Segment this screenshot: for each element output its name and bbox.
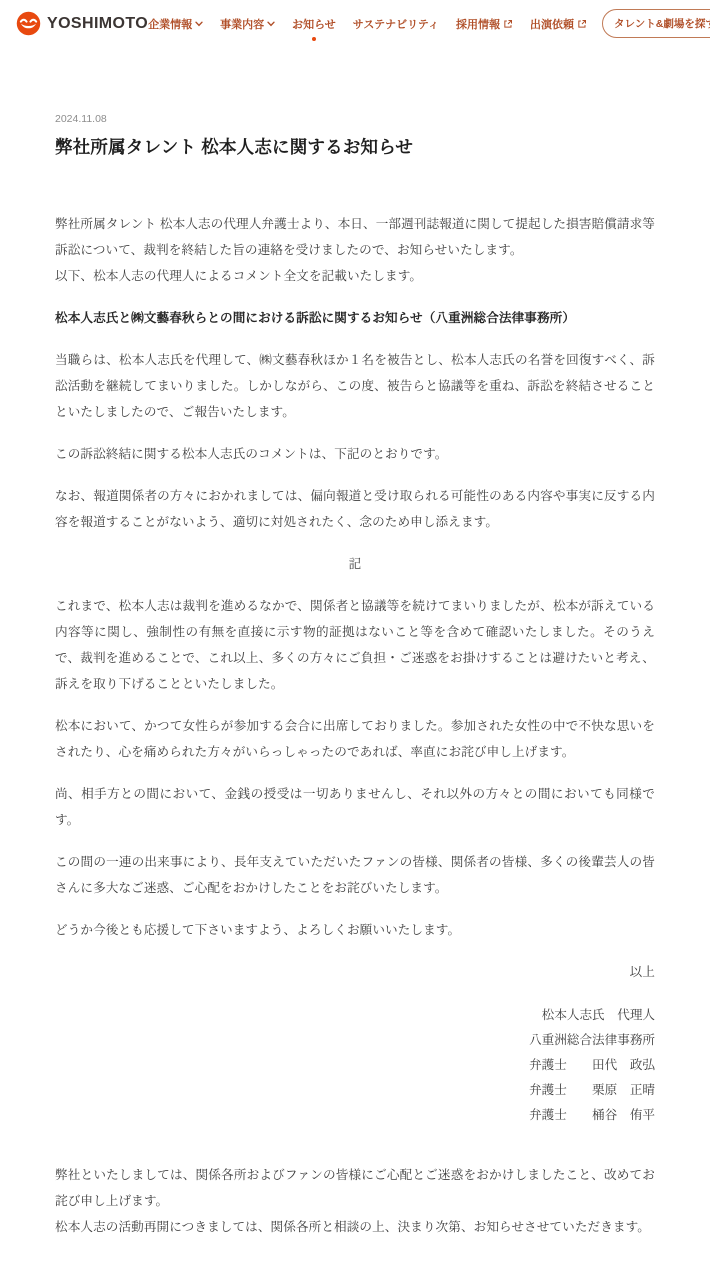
nav-item-business[interactable]: 事業内容: [220, 16, 275, 32]
paragraph: 当職らは、松本人志氏を代理して、㈱文藝春秋ほか１名を被告とし、松本人志氏の名誉を…: [55, 347, 655, 425]
nav-item-news[interactable]: お知らせ: [292, 16, 336, 32]
signature-block: 松本人志氏 代理人 八重洲総合法律事務所 弁護士 田代 政弘 弁護士 栗原 正晴…: [55, 1003, 655, 1128]
nav-item-recruit[interactable]: 採用情報: [456, 16, 513, 32]
logo-text: YOSHIMOTO: [47, 15, 148, 33]
nav-item-label: 出演依頼: [530, 16, 574, 32]
talent-search-button[interactable]: タレント&劇場を探す: [602, 9, 710, 38]
ijou-marker: 以上: [55, 959, 655, 985]
paragraph: この間の一連の出来事により、長年支えていただいたファンの皆様、関係者の皆様、多く…: [55, 849, 655, 901]
nav-item-label: 企業情報: [148, 16, 192, 32]
nav-item-corporate-info[interactable]: 企業情報: [148, 16, 203, 32]
nav-item-booking[interactable]: 出演依頼: [530, 16, 587, 32]
ki-marker: 記: [55, 551, 655, 577]
signature-line: 八重洲総合法律事務所: [55, 1028, 655, 1053]
paragraph: この訴訟終結に関する松本人志氏のコメントは、下記のとおりです。: [55, 441, 655, 467]
chevron-down-icon: [195, 21, 203, 27]
chevron-down-icon: [267, 21, 275, 27]
paragraph: 尚、相手方との間において、金銭の授受は一切ありませんし、それ以外の方々との間にお…: [55, 781, 655, 833]
press-release-article: 2024.11.08 弊社所属タレント 松本人志に関するお知らせ 弊社所属タレン…: [55, 51, 655, 1268]
signature-line: 弁護士 桶谷 侑平: [55, 1103, 655, 1128]
nav-item-label: サステナビリティ: [353, 16, 439, 32]
active-indicator-dot: [312, 37, 316, 41]
paragraph: これまで、松本人志は裁判を進めるなかで、関係者と協議等を続けてまいりましたが、松…: [55, 593, 655, 697]
paragraph: なお、報道関係者の方々におかれましては、偏向報道と受け取られる可能性のある内容や…: [55, 483, 655, 535]
signature-line: 弁護士 栗原 正晴: [55, 1078, 655, 1103]
main-nav: 企業情報 事業内容 お知らせ サステナビリティ 採用情報 出演依頼: [148, 16, 587, 32]
talent-search-button-label: タレント&劇場を探す: [614, 16, 710, 31]
nav-item-label: お知らせ: [292, 16, 336, 32]
external-link-icon: [577, 19, 587, 29]
nav-item-sustainability[interactable]: サステナビリティ: [353, 16, 439, 32]
comment-title: 松本人志氏と㈱文藝春秋らとの間における訴訟に関するお知らせ（八重洲総合法律事務所…: [55, 305, 655, 331]
intro-paragraph: 弊社所属タレント 松本人志の代理人弁護士より、本日、一部週刊誌報道に関して提起し…: [55, 211, 655, 289]
nav-item-label: 採用情報: [456, 16, 500, 32]
external-link-icon: [503, 19, 513, 29]
article-date: 2024.11.08: [55, 113, 655, 125]
signature-line: 弁護士 田代 政弘: [55, 1053, 655, 1078]
site-header: YOSHIMOTO 企業情報 事業内容 お知らせ サステナビリティ 採用情報: [0, 0, 710, 51]
closing-paragraph: 弊社といたしましては、関係各所およびファンの皆様にご心配とご迷惑をおかけしました…: [55, 1162, 655, 1240]
article-title: 弊社所属タレント 松本人志に関するお知らせ: [55, 134, 655, 159]
yoshimoto-logo-icon: [16, 11, 41, 36]
nav-item-label: 事業内容: [220, 16, 264, 32]
paragraph: 松本において、かつて女性らが参加する会合に出席しておりました。参加された女性の中…: [55, 713, 655, 765]
signature-line: 松本人志氏 代理人: [55, 1003, 655, 1028]
paragraph: どうか今後とも応援して下さいますよう、よろしくお願いいたします。: [55, 917, 655, 943]
logo[interactable]: YOSHIMOTO: [16, 11, 148, 36]
